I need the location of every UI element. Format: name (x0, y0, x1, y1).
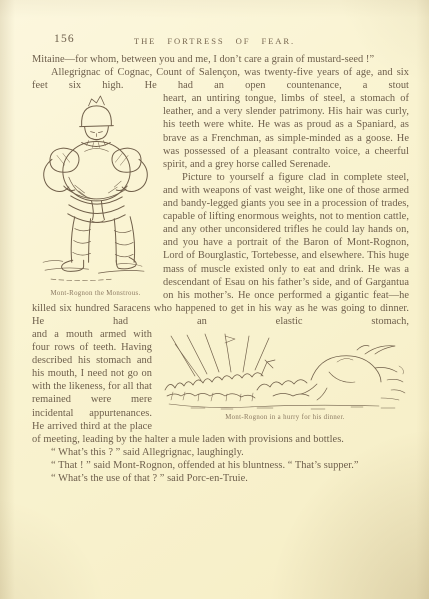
battle-caption: Mont-Rognon in a hurry for his dinner. (161, 414, 409, 423)
running-header: THE FORTRESS OF FEAR. (60, 36, 369, 46)
knight-caption: Mont-Rognon the Monstrous. (37, 290, 154, 299)
knight-figure: Mont-Rognon the Monstrous. (37, 94, 154, 299)
dialogue-line-2: “ That ! ” said Mont-Rognon, offended at… (32, 459, 409, 472)
book-page: 156 THE FORTRESS OF FEAR. Mitaine—for wh… (0, 0, 429, 599)
paragraph-mitaine: Mitaine—for whom, between you and me, I … (32, 53, 409, 66)
knight-illustration (37, 94, 154, 288)
paragraph-allegrignac-intro: Allegrignac of Cognac, Count of Salençon… (32, 66, 409, 92)
battle-figure: Mont-Rognon in a hurry for his dinner. (161, 332, 409, 423)
dialogue-line-1: “ What’s this ? ” said Allegrignac, laug… (32, 446, 409, 459)
battle-illustration (161, 332, 409, 412)
dialogue-line-3: “ What’s the use of that ? ” said Porc-e… (32, 472, 409, 485)
body-text: Mitaine—for whom, between you and me, I … (32, 53, 409, 485)
